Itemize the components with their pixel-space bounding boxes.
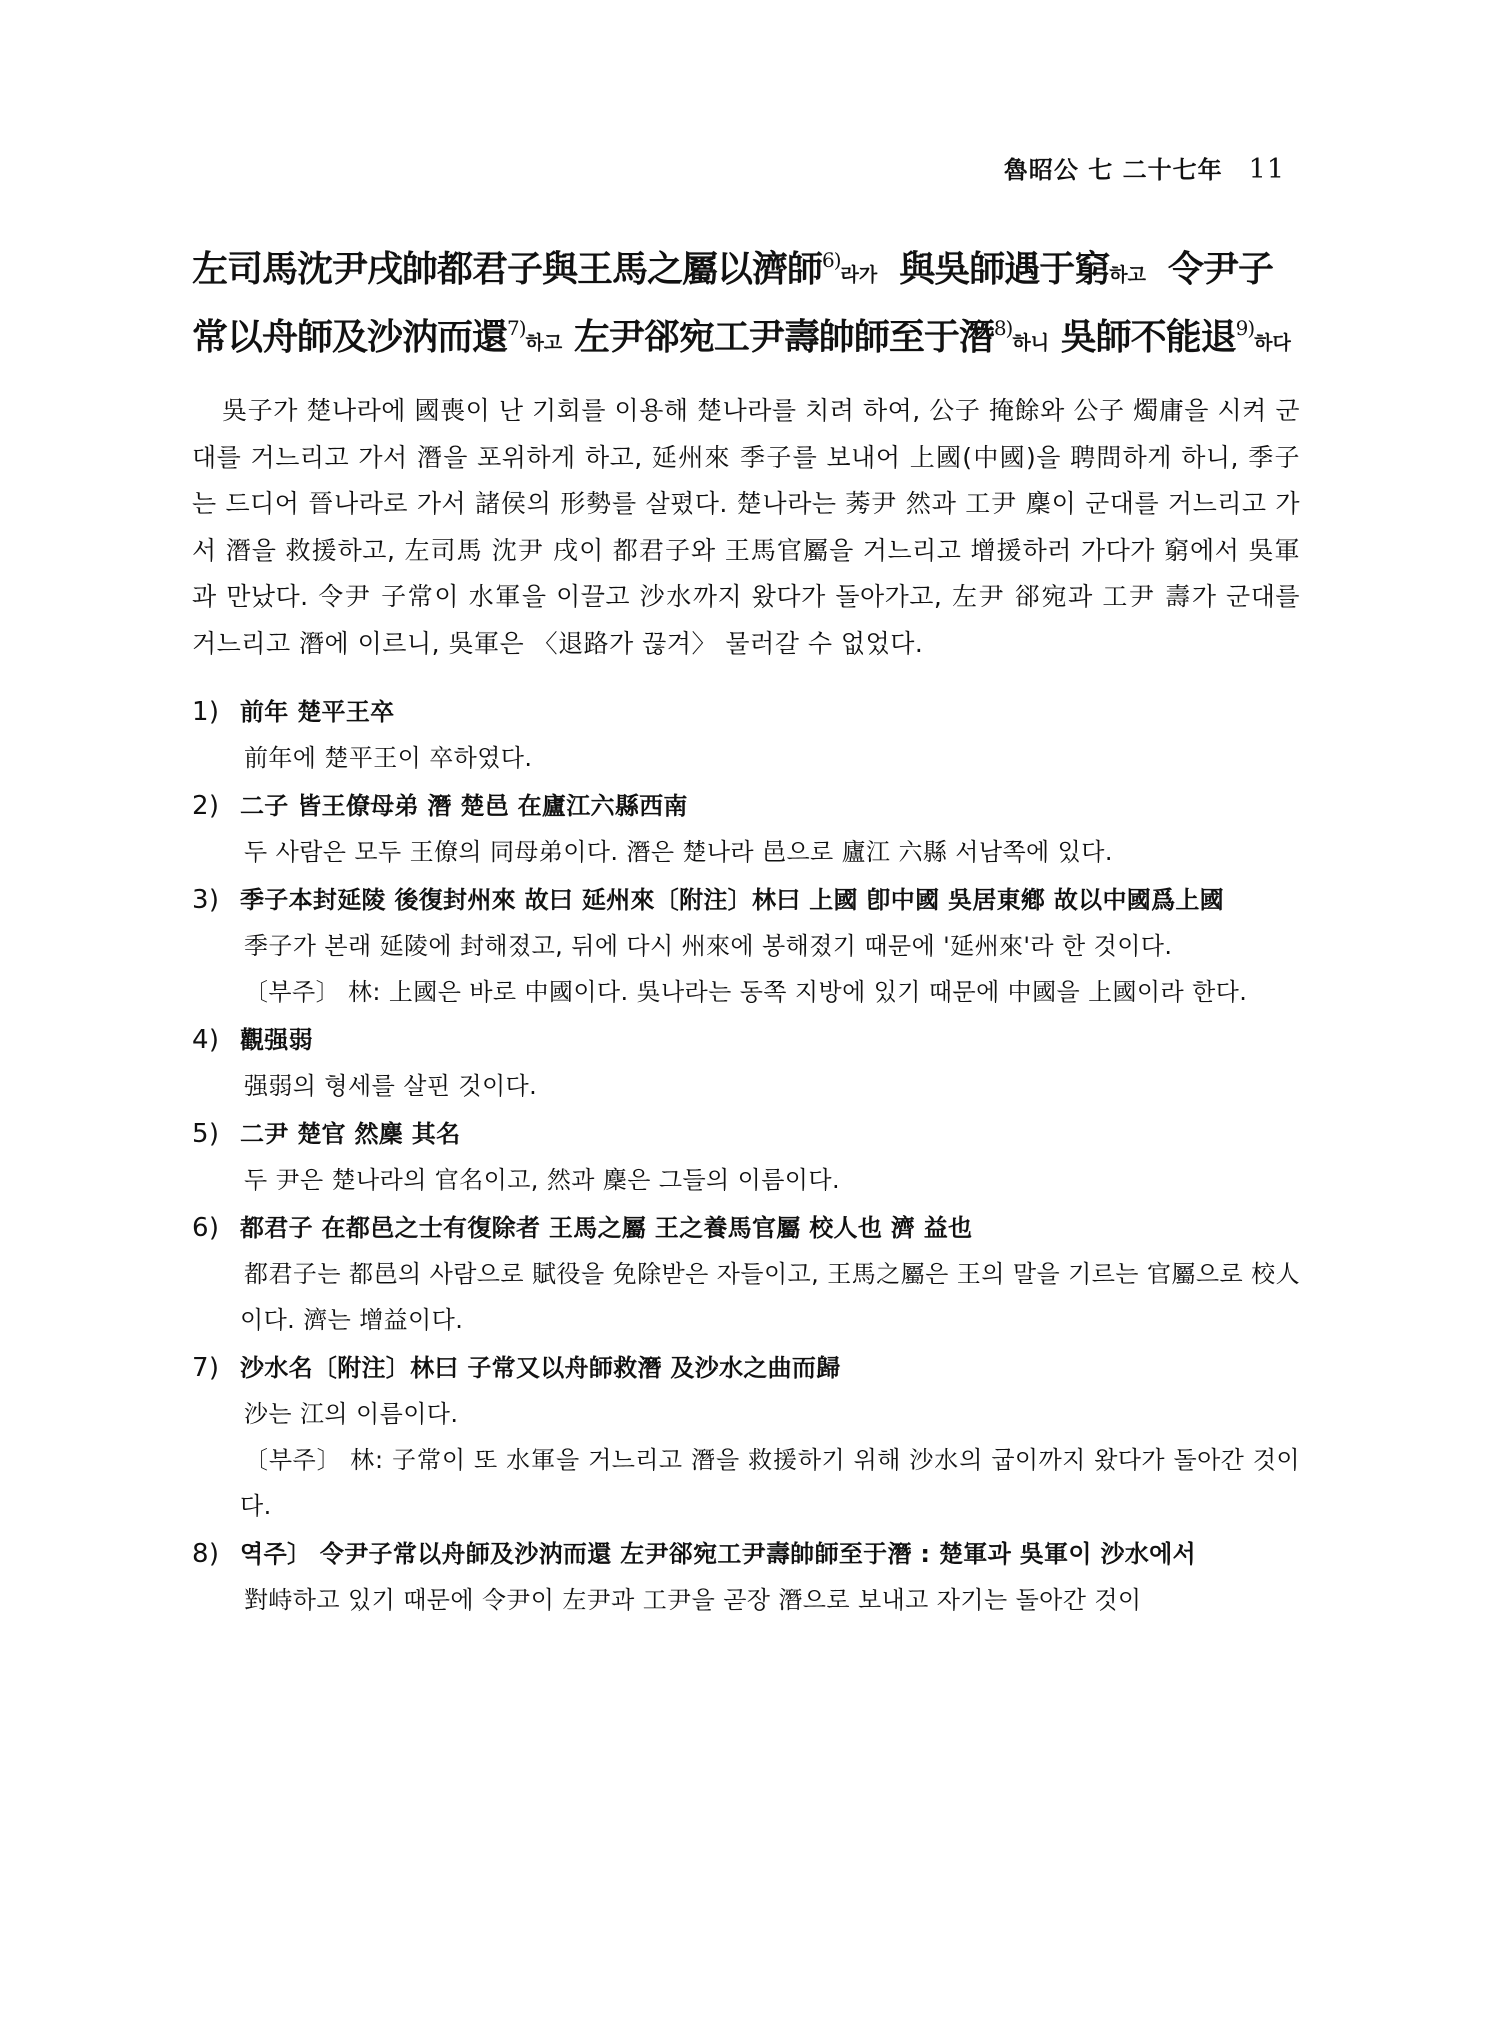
translation-paragraph: 吳子가 楚나라에 國喪이 난 기회를 이용해 楚나라를 치려 하여, 公子 掩餘… [192, 388, 1300, 667]
footnote-body: 두 尹은 楚나라의 官名이고, 然과 麇은 그들의 이름이다. [240, 1157, 1300, 1203]
footnote-body: 季子가 본래 延陵에 封해졌고, 뒤에 다시 州來에 봉해졌기 때문에 '延州來… [240, 923, 1300, 969]
footnote-source: 季子本封延陵 後復封州來 故曰 延州來〔附注〕林曰 上國 卽中國 吳居東鄕 故以… [240, 877, 1300, 923]
footnote-body: 沙는 江의 이름이다. [240, 1391, 1300, 1437]
footnote-number: 2) [192, 783, 240, 829]
footnote-source: 역주〕 令尹子常以舟師及沙汭而還 左尹郤宛工尹壽帥師至于潛 : 楚軍과 吳軍이 … [240, 1531, 1300, 1577]
footnote-number: 6) [192, 1205, 240, 1251]
footnote-source: 都君子 在都邑之士有復除者 王馬之屬 王之養馬官屬 校人也 濟 益也 [240, 1205, 1300, 1251]
original-segment: 左尹郤宛工尹壽帥師至于潛8)하니 [574, 316, 1049, 358]
footnote-body: 强弱의 형세를 살핀 것이다. [240, 1063, 1300, 1109]
footnote-number: 5) [192, 1111, 240, 1157]
original-segment: 吳師不能退9)하다 [1061, 316, 1291, 358]
footnote-number: 8) [192, 1531, 240, 1577]
footnote-source: 沙水名〔附注〕林曰 子常又以舟師救潛 及沙水之曲而歸 [240, 1345, 1300, 1391]
footnote-body: 두 사람은 모두 王僚의 同母弟이다. 潛은 楚나라 邑으로 廬江 六縣 서남쪽… [240, 829, 1300, 875]
footnote: 3)季子本封延陵 後復封州來 故曰 延州來〔附注〕林曰 上國 卽中國 吳居東鄕 … [192, 877, 1300, 1015]
footnote-source: 前年 楚平王卒 [240, 689, 1300, 735]
original-segment: 左司馬沈尹戌帥都君子與王馬之屬以濟師6)라가 [192, 248, 877, 290]
running-header: 魯昭公 七 二十七年11 [1004, 150, 1285, 185]
footnote: 4)觀强弱 强弱의 형세를 살핀 것이다. [192, 1017, 1300, 1109]
footnote-source: 二子 皆王僚母弟 潛 楚邑 在廬江六縣西南 [240, 783, 1300, 829]
footnotes: 1)前年 楚平王卒 前年에 楚平王이 卒하였다. 2)二子 皆王僚母弟 潛 楚邑… [192, 689, 1300, 1623]
footnote: 5)二尹 楚官 然麇 其名 두 尹은 楚나라의 官名이고, 然과 麇은 그들의 … [192, 1111, 1300, 1203]
footnote-body: 對峙하고 있기 때문에 令尹이 左尹과 工尹을 곧장 潛으로 보내고 자기는 돌… [240, 1577, 1300, 1623]
note-ref[interactable]: 6) [822, 248, 841, 272]
footnote: 7)沙水名〔附注〕林曰 子常又以舟師救潛 及沙水之曲而歸 沙는 江의 이름이다.… [192, 1345, 1300, 1529]
footnote: 8)역주〕 令尹子常以舟師及沙汭而還 左尹郤宛工尹壽帥師至于潛 : 楚軍과 吳軍… [192, 1531, 1300, 1623]
footnote-number: 1) [192, 689, 240, 735]
footnote-number: 4) [192, 1017, 240, 1063]
note-ref[interactable]: 7) [507, 316, 526, 340]
footnote-body: 〔부주〕 林: 子常이 또 水軍을 거느리고 潛을 救援하기 위해 沙水의 굽이… [240, 1437, 1300, 1529]
page-number: 11 [1249, 154, 1285, 185]
footnote-source: 二尹 楚官 然麇 其名 [240, 1111, 1300, 1157]
footnote-number: 7) [192, 1345, 240, 1391]
footnote-body: 前年에 楚平王이 卒하였다. [240, 735, 1300, 781]
footnote: 2)二子 皆王僚母弟 潛 楚邑 在廬江六縣西南 두 사람은 모두 王僚의 同母弟… [192, 783, 1300, 875]
footnote-source: 觀强弱 [240, 1017, 1300, 1063]
note-ref[interactable]: 8) [994, 316, 1013, 340]
note-ref[interactable]: 9) [1236, 316, 1255, 340]
page-content: 左司馬沈尹戌帥都君子與王馬之屬以濟師6)라가與吳師遇于窮하고令尹子常以舟師及沙汭… [192, 238, 1300, 1625]
footnote: 1)前年 楚平王卒 前年에 楚平王이 卒하였다. [192, 689, 1300, 781]
original-text: 左司馬沈尹戌帥都君子與王馬之屬以濟師6)라가與吳師遇于窮하고令尹子常以舟師及沙汭… [192, 238, 1300, 374]
footnote-body: 都君子는 都邑의 사람으로 賦役을 免除받은 자들이고, 王馬之屬은 王의 말을… [240, 1251, 1300, 1343]
original-segment: 與吳師遇于窮하고 [899, 248, 1146, 290]
footnote: 6)都君子 在都邑之士有復除者 王馬之屬 王之養馬官屬 校人也 濟 益也 都君子… [192, 1205, 1300, 1343]
running-title: 魯昭公 七 二十七年 [1004, 155, 1223, 184]
footnote-number: 3) [192, 877, 240, 923]
footnote-body: 〔부주〕 林: 上國은 바로 中國이다. 吳나라는 동쪽 지방에 있기 때문에 … [240, 969, 1300, 1015]
